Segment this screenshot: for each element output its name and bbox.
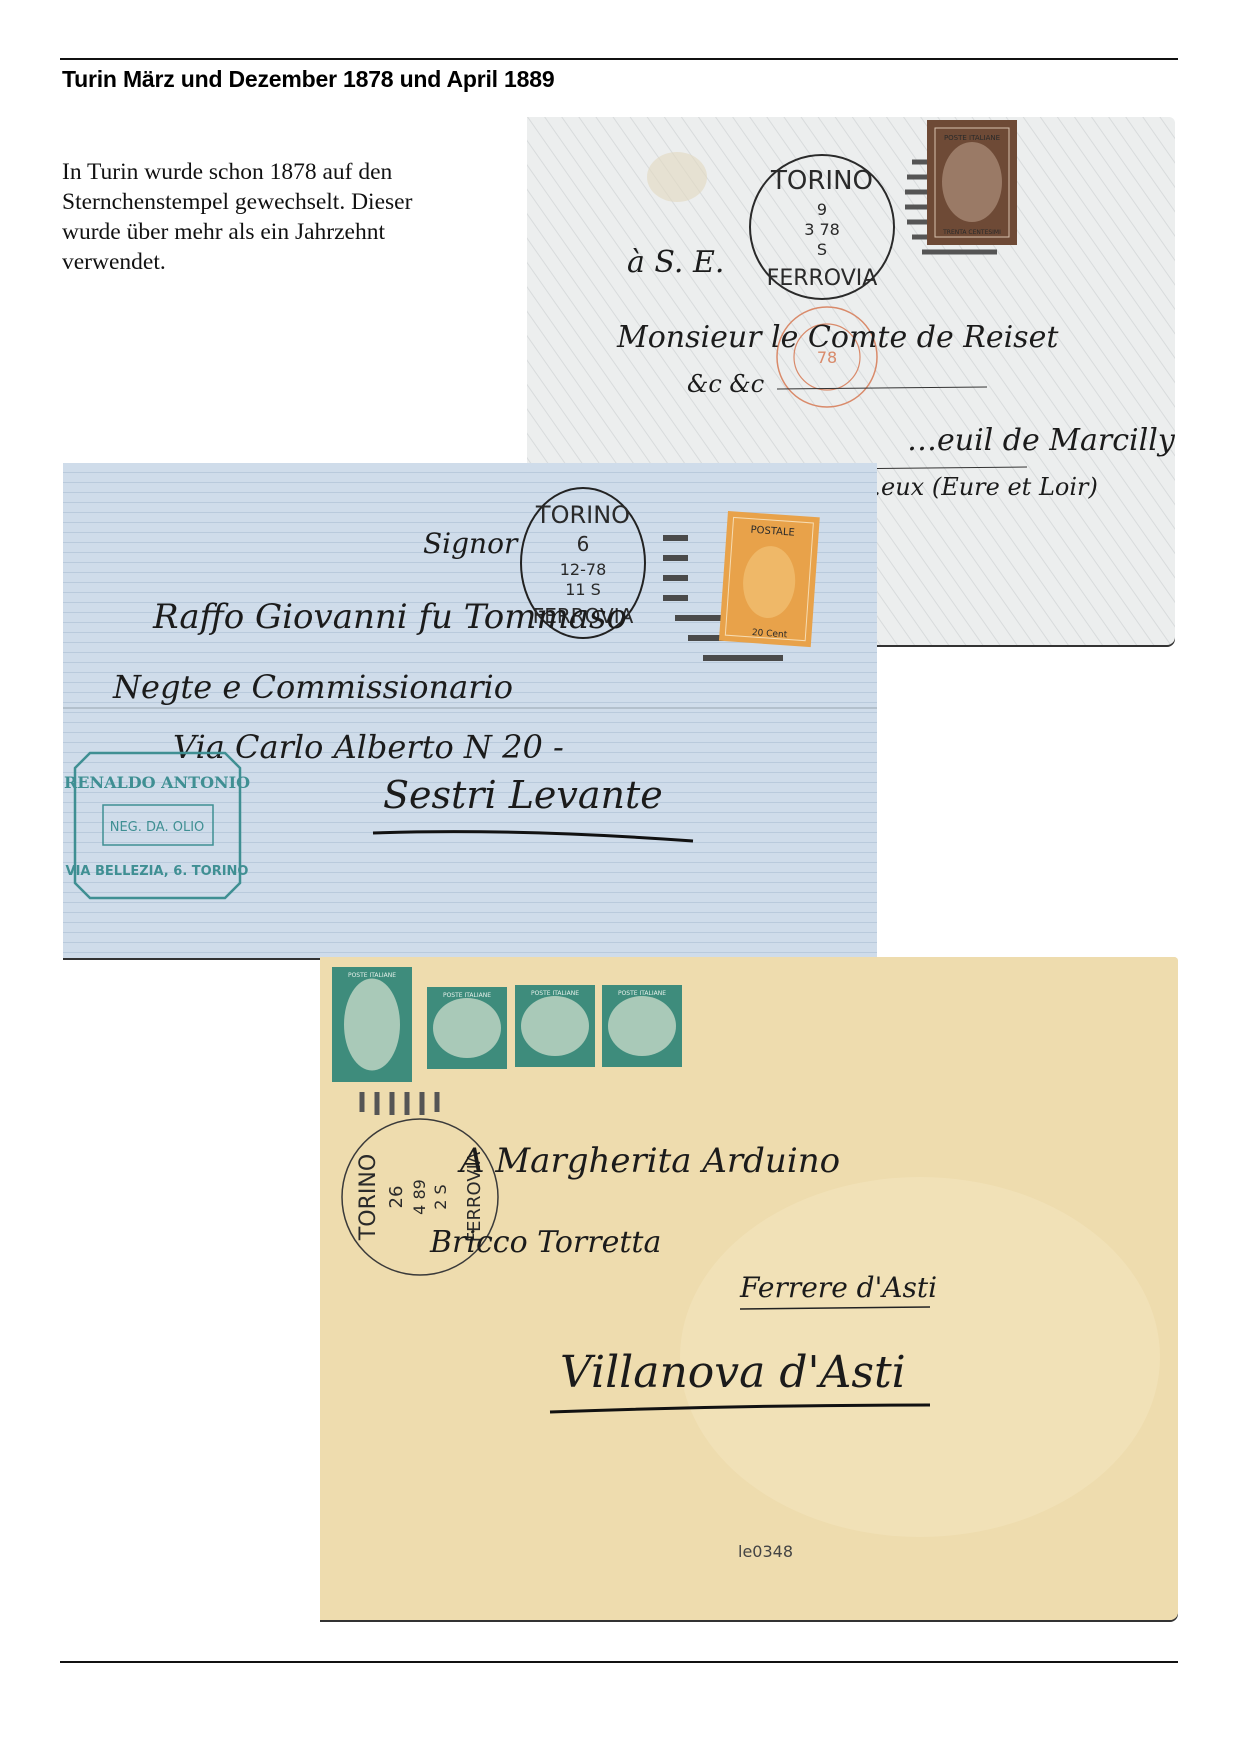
svg-text:Bricco Torretta: Bricco Torretta — [429, 1225, 661, 1260]
top-rule — [60, 58, 1178, 60]
intro-text: In Turin wurde schon 1878 auf den Sternc… — [62, 157, 522, 277]
stamp-20-cent-orange: POSTALE 20 Cent — [719, 511, 820, 647]
cover-image-1889-april: POSTE ITALIANEPOSTE ITALIANEPOSTE ITALIA… — [320, 957, 1178, 1620]
svg-text:Raffo Giovanni fu Tommaso: Raffo Giovanni fu Tommaso — [152, 597, 627, 637]
svg-text:TORINO: TORINO — [535, 501, 630, 529]
svg-text:2 S: 2 S — [431, 1184, 450, 1209]
svg-text:9: 9 — [817, 200, 827, 219]
svg-text:12-78: 12-78 — [560, 560, 607, 579]
svg-text:26: 26 — [386, 1186, 407, 1209]
svg-text:Negte e Commissionario: Negte e Commissionario — [112, 668, 513, 706]
svg-text:Ferrere d'Asti: Ferrere d'Asti — [739, 1271, 937, 1304]
svg-text:POSTE ITALIANE: POSTE ITALIANE — [443, 992, 491, 999]
svg-text:6: 6 — [577, 532, 590, 556]
svg-text:A Margherita Arduino: A Margherita Arduino — [457, 1141, 840, 1181]
intro-line: verwendet. — [62, 247, 522, 277]
stamp-5-centesimi-green: POSTE ITALIANE — [427, 987, 507, 1069]
intro-line: wurde über mehr als ein Jahrzehnt — [62, 217, 522, 247]
svg-text:POSTE ITALIANE: POSTE ITALIANE — [531, 990, 579, 997]
svg-text:FERROVIA: FERROVIA — [767, 266, 878, 291]
svg-text:à S. E.: à S. E. — [627, 245, 724, 280]
svg-text:RENALDO ANTONIO: RENALDO ANTONIO — [64, 773, 250, 792]
page-title: Turin März und Dezember 1878 und April 1… — [62, 66, 554, 93]
stamp-5-centesimi-green: POSTE ITALIANE — [515, 985, 595, 1067]
svg-text:Signor: Signor — [423, 527, 519, 560]
svg-text:Villanova d'Asti: Villanova d'Asti — [560, 1347, 906, 1398]
cover-image-1878-december: TORINO 6 12-78 11 S FERROVIA POSTALE 20 … — [63, 463, 877, 958]
stamp-30-centesimi-brown: POSTE ITALIANE TRENTA CENTESIMI — [927, 120, 1017, 245]
stamp-5-centesimi-green: POSTE ITALIANE — [602, 985, 682, 1067]
svg-text:S: S — [817, 240, 827, 259]
svg-text:POSTE ITALIANE: POSTE ITALIANE — [944, 134, 1000, 142]
svg-text:VIA BELLEZIA, 6. TORINO: VIA BELLEZIA, 6. TORINO — [66, 864, 249, 879]
svg-text:…eux (Eure et Loir): …eux (Eure et Loir) — [857, 473, 1098, 501]
svg-text:le0348: le0348 — [738, 1542, 793, 1561]
svg-text:POSTE ITALIANE: POSTE ITALIANE — [618, 990, 666, 997]
cover-2-illustration: TORINO 6 12-78 11 S FERROVIA POSTALE 20 … — [63, 463, 877, 958]
svg-text:…euil de Marcilly: …euil de Marcilly — [907, 423, 1175, 458]
svg-text:3 78: 3 78 — [804, 220, 840, 239]
svg-text:4 89: 4 89 — [410, 1179, 429, 1215]
svg-text:NEG. DA. OLIO: NEG. DA. OLIO — [110, 820, 205, 835]
intro-line: Sternchenstempel gewechselt. Dieser — [62, 187, 522, 217]
svg-text:Sestri Levante: Sestri Levante — [383, 773, 663, 817]
svg-text:Monsieur le Comte de Reiset: Monsieur le Comte de Reiset — [616, 320, 1059, 355]
svg-text:TRENTA CENTESIMI: TRENTA CENTESIMI — [942, 229, 1001, 236]
svg-text:TORINO: TORINO — [770, 166, 873, 196]
cover-3-illustration: POSTE ITALIANEPOSTE ITALIANEPOSTE ITALIA… — [320, 957, 1178, 1620]
svg-text:TORINO: TORINO — [356, 1154, 381, 1241]
stamp-5-centesimi-green: POSTE ITALIANE — [332, 967, 412, 1082]
svg-text:POSTE ITALIANE: POSTE ITALIANE — [348, 972, 396, 979]
svg-text:&c &c: &c &c — [687, 370, 764, 398]
bottom-rule — [60, 1661, 1178, 1663]
intro-line: In Turin wurde schon 1878 auf den — [62, 157, 522, 187]
